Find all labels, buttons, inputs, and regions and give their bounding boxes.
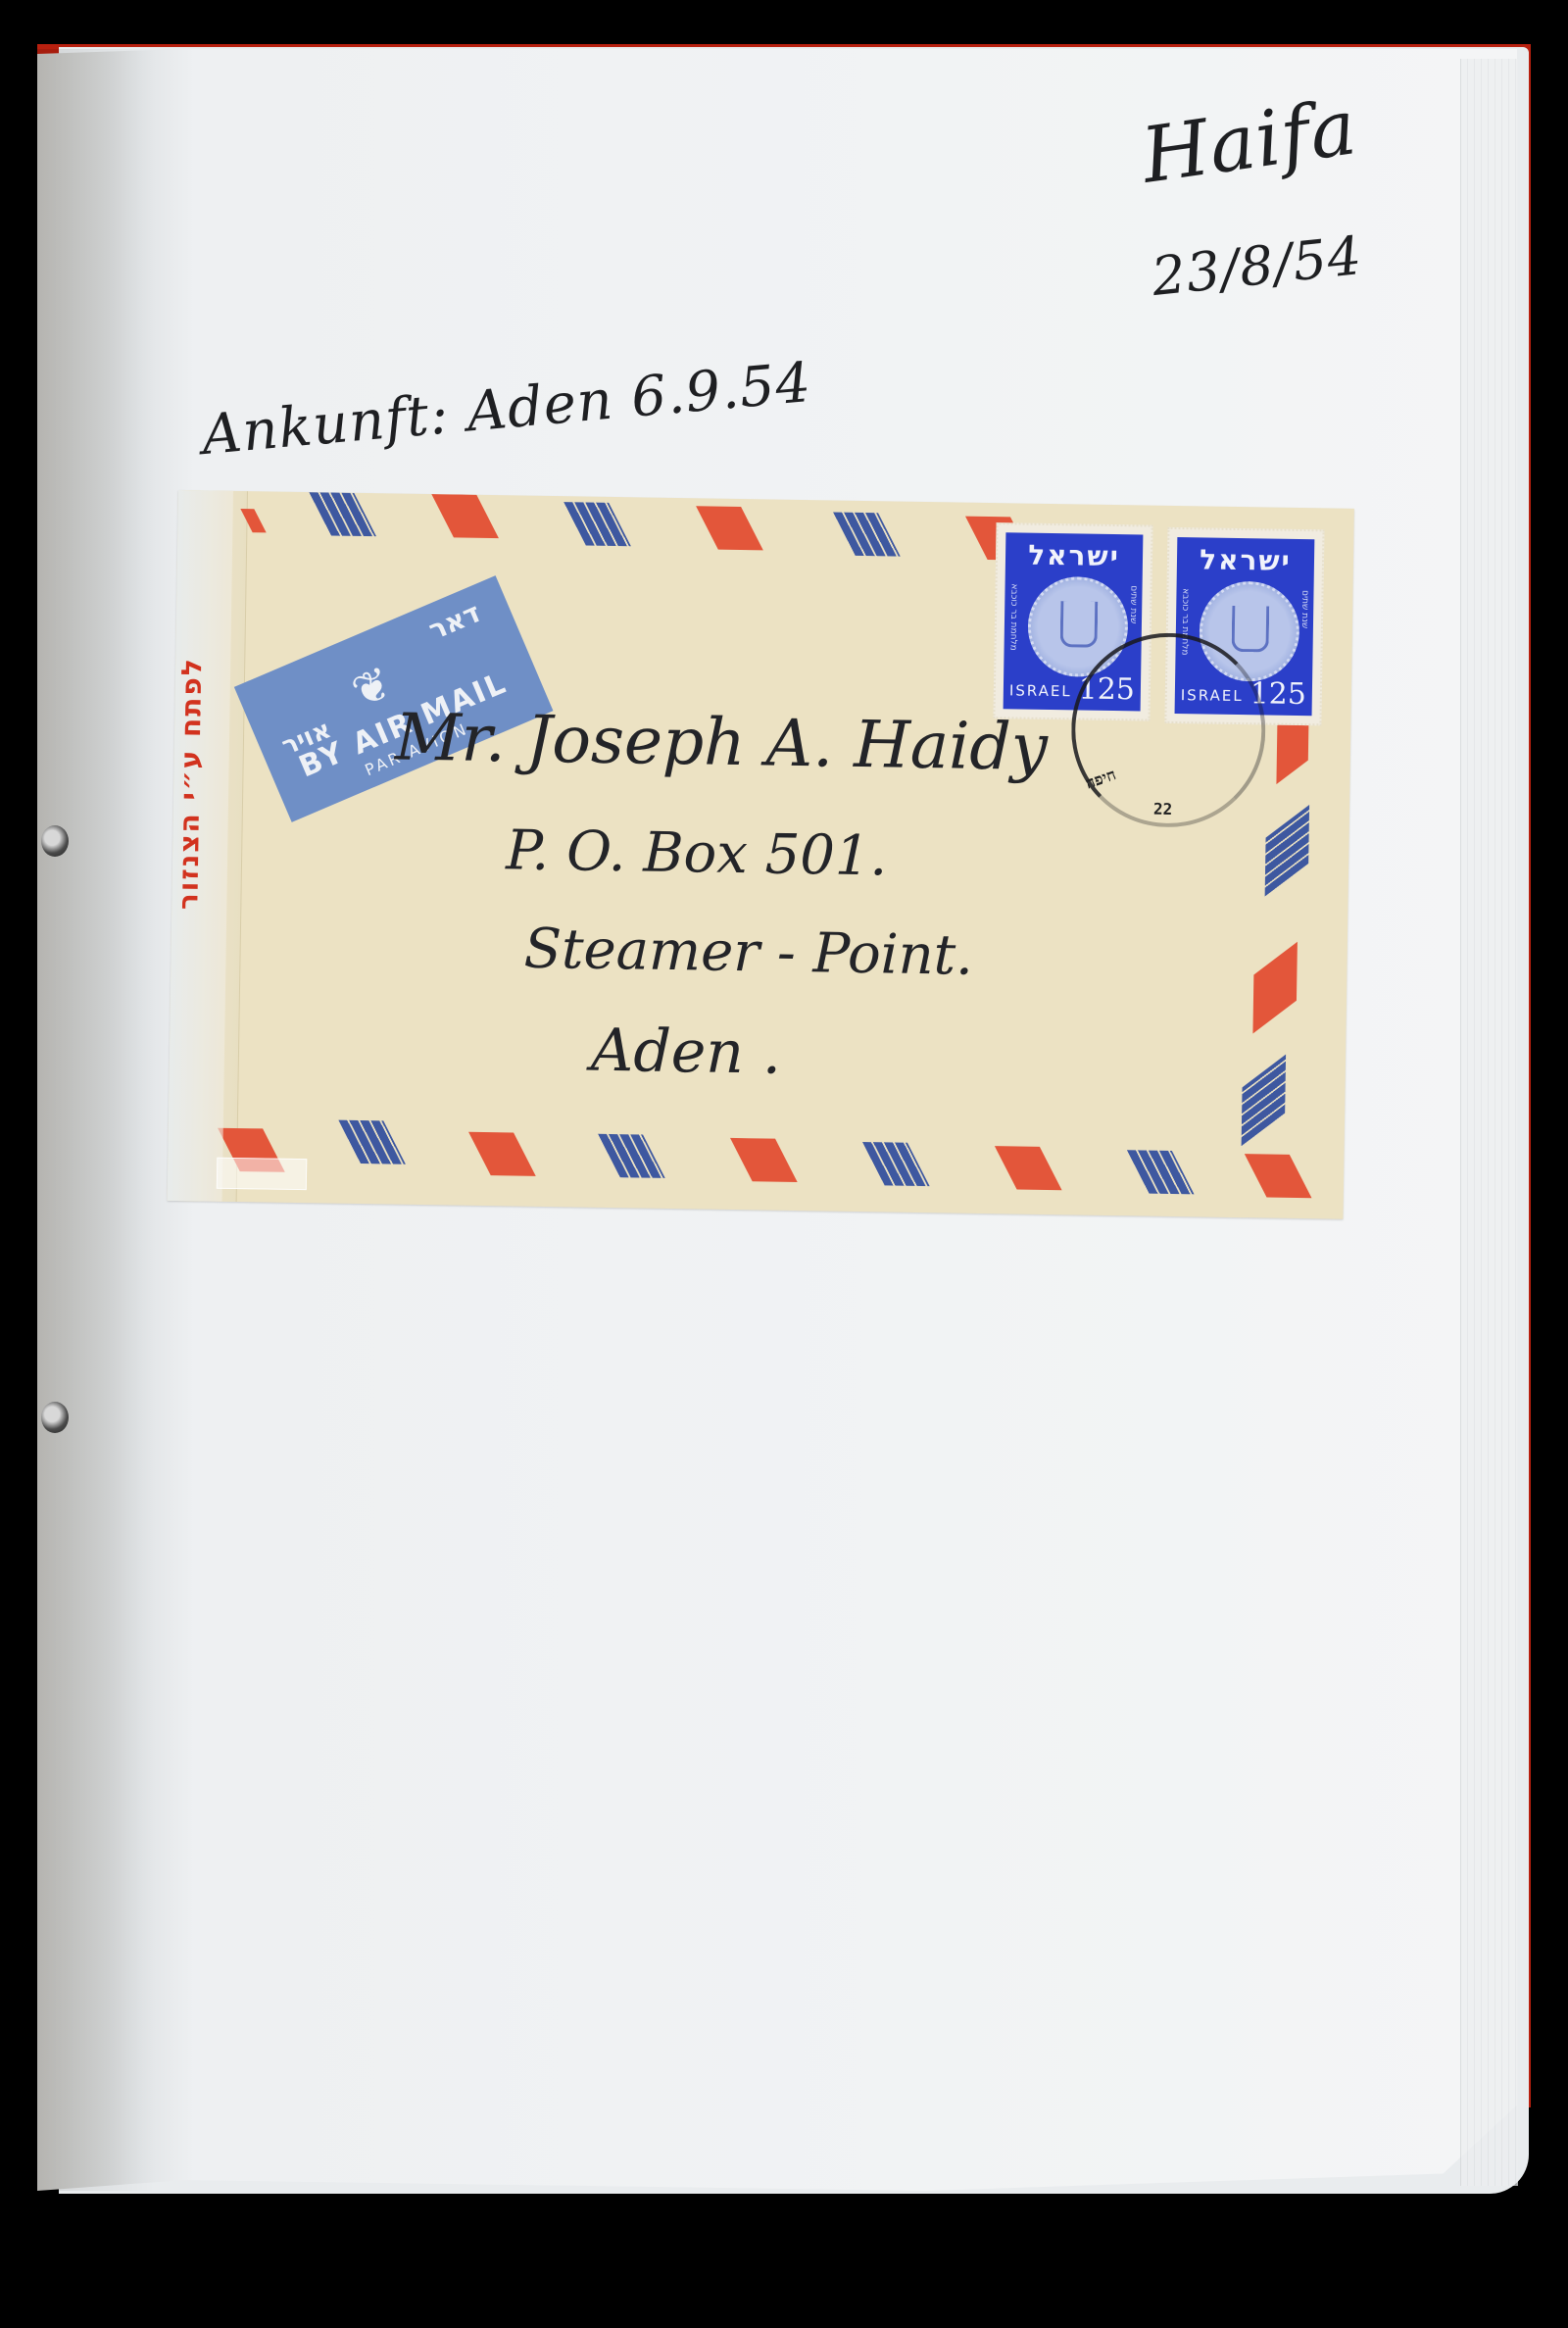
airmail-stripe [995,1146,1062,1190]
airmail-stripe [1265,805,1309,897]
airmail-label: דאר ❦ אויר BY AIR MAIL PAR AVION [234,575,554,822]
airmail-stripe [1242,1055,1286,1147]
airmail-stripe [833,512,901,556]
airmail-stripe [1127,1150,1195,1194]
airmail-stripe [730,1138,798,1182]
airmail-hebrew-top: דאר [424,596,485,646]
stamp-side-text: מלחמת בר כוכבא [1008,583,1019,650]
address-name: Mr. Joseph A. Haidy [394,700,1048,785]
airmail-envelope: דאר ❦ אויר BY AIR MAIL PAR AVION ישראל מ… [168,490,1354,1219]
wings-icon: ❦ [344,655,400,718]
airmail-stripe [862,1142,930,1186]
airmail-stripe [598,1134,665,1178]
airmail-stripe [1252,942,1297,1034]
stamp-side-text: שנת שתים [1128,585,1139,623]
stamp-country-hebrew: ישראל [1005,538,1144,572]
binder-hole-icon [41,1402,69,1433]
stamp-side-text: שנת שתים [1299,590,1310,628]
address-po-box: P. O. Box 501. [506,818,888,888]
page-edges [1460,59,1518,2186]
censor-tape-text: לפתח ע״י הצנזור [171,657,215,910]
page-shadow [37,49,155,2191]
binder-hole-icon [41,825,69,857]
airmail-stripe [563,502,631,546]
address-city: Aden . [591,1016,782,1088]
stamp-country: ISRAEL [1009,681,1072,700]
airmail-stripe [1245,1154,1312,1198]
mounting-tape [217,1158,307,1190]
airmail-stripe [309,492,376,536]
airmail-stripe [696,506,763,550]
airmail-stripe [468,1132,536,1176]
airmail-stripe [431,494,499,538]
address-district: Steamer - Point. [523,917,973,988]
postmark-date: 22 [1153,800,1173,818]
stamp-country-hebrew: ישראל [1177,543,1315,577]
airmail-stripe [338,1120,406,1164]
